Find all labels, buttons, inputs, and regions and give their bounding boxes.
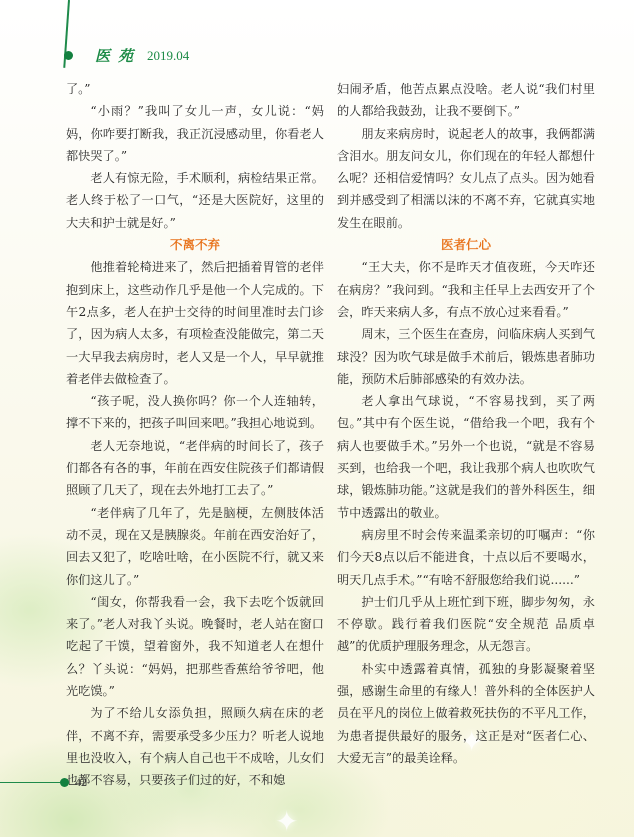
paragraph: 老人有惊无险，手术顺利，病检结果正常。老人终于松了一口气，“还是大医院好，这里的… (66, 167, 324, 234)
page-header: 医苑 2019.04 (64, 45, 189, 66)
header-dot-icon (64, 51, 73, 60)
paragraph: 他推着轮椅进来了，然后把插着胃管的老伴抱到床上，这些动作几乎是他一个人完成的。下… (66, 256, 324, 390)
paragraph: “孩子呢，没人换你吗？你一个人连轴转，撑不下来的，把孩子叫回来吧。”我担心地说到… (66, 390, 324, 435)
paragraph: “小雨？”我叫了女儿一声，女儿说：“妈妈，你咋要打断我，我正沉浸感动里，你看老人… (66, 100, 324, 167)
page-number: 42 (75, 775, 87, 790)
paragraph: “王大夫，你不是昨天才值夜班，今天咋还在病房？”我问到。“我和主任早上去西安开了… (337, 256, 595, 323)
left-column: 了。” “小雨？”我叫了女儿一声，女儿说：“妈妈，你咋要打断我，我正沉浸感动里，… (66, 78, 324, 792)
paragraph: 周末，三个医生在查房，问临床病人买到气球没？因为吹气球是做手术前后，锻炼患者肺功… (337, 323, 595, 390)
paragraph: 为了不给儿女添负担，照顾久病在床的老伴，不离不弃，需要承受多少压力？听老人说地里… (66, 702, 324, 791)
section-heading: 不离不弃 (66, 234, 324, 256)
paragraph: 护士们几乎从上班忙到下班，脚步匆匆，永不停歇。践行着我们医院“安全规范 品质卓越… (337, 591, 595, 658)
paragraph: “闺女，你帮我看一会，我下去吃个饭就回来了。”老人对我丫头说。晚餐时，老人站在窗… (66, 591, 324, 702)
paragraph: “老伴病了几年了，先是脑梗，左侧肢体活动不灵，现在又是胰腺炎。年前在西安治好了，… (66, 502, 324, 591)
issue-date: 2019.04 (147, 48, 189, 64)
page-footer: 42 (0, 775, 87, 790)
publication-name: 医苑 (95, 45, 141, 66)
right-column: 妇闹矛盾，他苦点累点没啥。老人说“我们村里的人都给我鼓劲，让我不要倒下。” 朋友… (337, 78, 595, 769)
paragraph: 妇闹矛盾，他苦点累点没啥。老人说“我们村里的人都给我鼓劲，让我不要倒下。” (337, 78, 595, 123)
sparkle-decoration: ✦ (275, 805, 298, 837)
paragraph: 朴实中透露着真情，孤独的身影凝聚着坚强，感谢生命里的有缘人！普外科的全体医护人员… (337, 658, 595, 769)
paragraph: 病房里不时会传来温柔亲切的叮嘱声：“你们今天8点以后不能进食，十点以后不要喝水，… (337, 524, 595, 591)
paragraph: 老人无奈地说，“老伴病的时间长了，孩子们都各有各的事，年前在西安住院孩子们都请假… (66, 435, 324, 502)
footer-decorative-line (0, 782, 60, 784)
section-heading: 医者仁心 (337, 234, 595, 256)
footer-dot-icon (60, 778, 69, 787)
paragraph: 了。” (66, 78, 324, 100)
paragraph: 朋友来病房时，说起老人的故事，我俩都满含泪水。朋友问女儿，你们现在的年轻人都想什… (337, 123, 595, 234)
paragraph: 老人拿出气球说，“不容易找到，买了两包。”其中有个医生说，“借给我一个吧，我有个… (337, 390, 595, 524)
